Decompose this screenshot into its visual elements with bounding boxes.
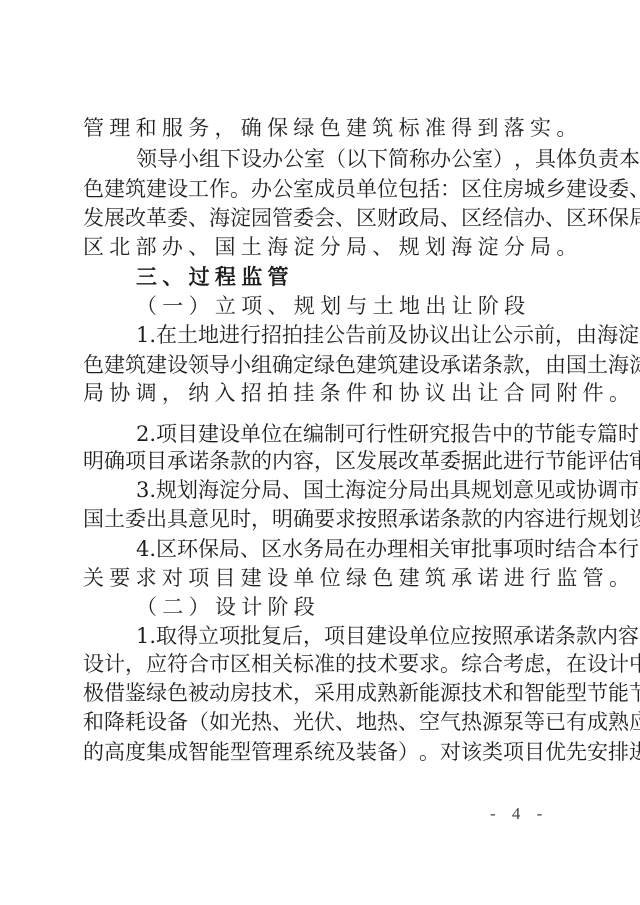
- paragraph-line: 1.在土地进行招拍挂公告前及协议出让公示前，由海淀区绿: [136, 321, 557, 349]
- paragraph-line: 设计，应符合市区相关标准的技术要求。综合考虑，在设计中积: [83, 650, 557, 678]
- paragraph-line: 国土委出具意见时，明确要求按照承诺条款的内容进行规划设计。: [83, 505, 557, 533]
- document-page: 管理和服务，确保绿色建筑标准得到落实。领导小组下设办公室（以下简称办公室），具体…: [0, 0, 640, 905]
- paragraph-line: 色建筑建设领导小组确定绿色建筑建设承诺条款，由国土海淀分: [83, 351, 557, 379]
- paragraph-line: 管理和服务，确保绿色建筑标准得到落实。: [83, 114, 557, 142]
- paragraph-line: 区北部办、国土海淀分局、规划海淀分局。: [83, 233, 557, 261]
- paragraph-line: 发展改革委、海淀园管委会、区财政局、区经信办、区环保局、: [83, 204, 557, 232]
- paragraph-line: 极借鉴绿色被动房技术，采用成熟新能源技术和智能型节能节水: [83, 679, 557, 707]
- paragraph-line: 1.取得立项批复后，项目建设单位应按照承诺条款内容委托: [136, 622, 557, 650]
- page-number: - 4 -: [490, 804, 548, 824]
- section-heading: 三、过程监管: [136, 263, 557, 291]
- subsection-heading: （一）立项、规划与土地出让阶段: [136, 292, 557, 320]
- paragraph-line: 色建筑建设工作。办公室成员单位包括：区住房城乡建设委、区: [83, 175, 557, 203]
- paragraph-line: 和降耗设备（如光热、光伏、地热、空气热源泵等已有成熟应用: [83, 708, 557, 736]
- paragraph-line: 明确项目承诺条款的内容，区发展改革委据此进行节能评估审查。: [83, 447, 557, 475]
- paragraph-line: 4.区环保局、区水务局在办理相关审批事项时结合本行业相: [136, 535, 557, 563]
- paragraph-line: 领导小组下设办公室（以下简称办公室），具体负责本区绿: [136, 145, 557, 173]
- paragraph-line: 3.规划海淀分局、国土海淀分局出具规划意见或协调市规划: [136, 476, 557, 504]
- paragraph-line: 关要求对项目建设单位绿色建筑承诺进行监管。: [83, 564, 557, 592]
- paragraph-line: 的高度集成智能型管理系统及装备）。对该类项目优先安排进入: [83, 738, 557, 766]
- subsection-heading: （二）设计阶段: [136, 593, 557, 621]
- paragraph-line: 局协调，纳入招拍挂条件和协议出让合同附件。: [83, 379, 557, 407]
- paragraph-line: 2.项目建设单位在编制可行性研究报告中的节能专篇时，应: [136, 420, 557, 448]
